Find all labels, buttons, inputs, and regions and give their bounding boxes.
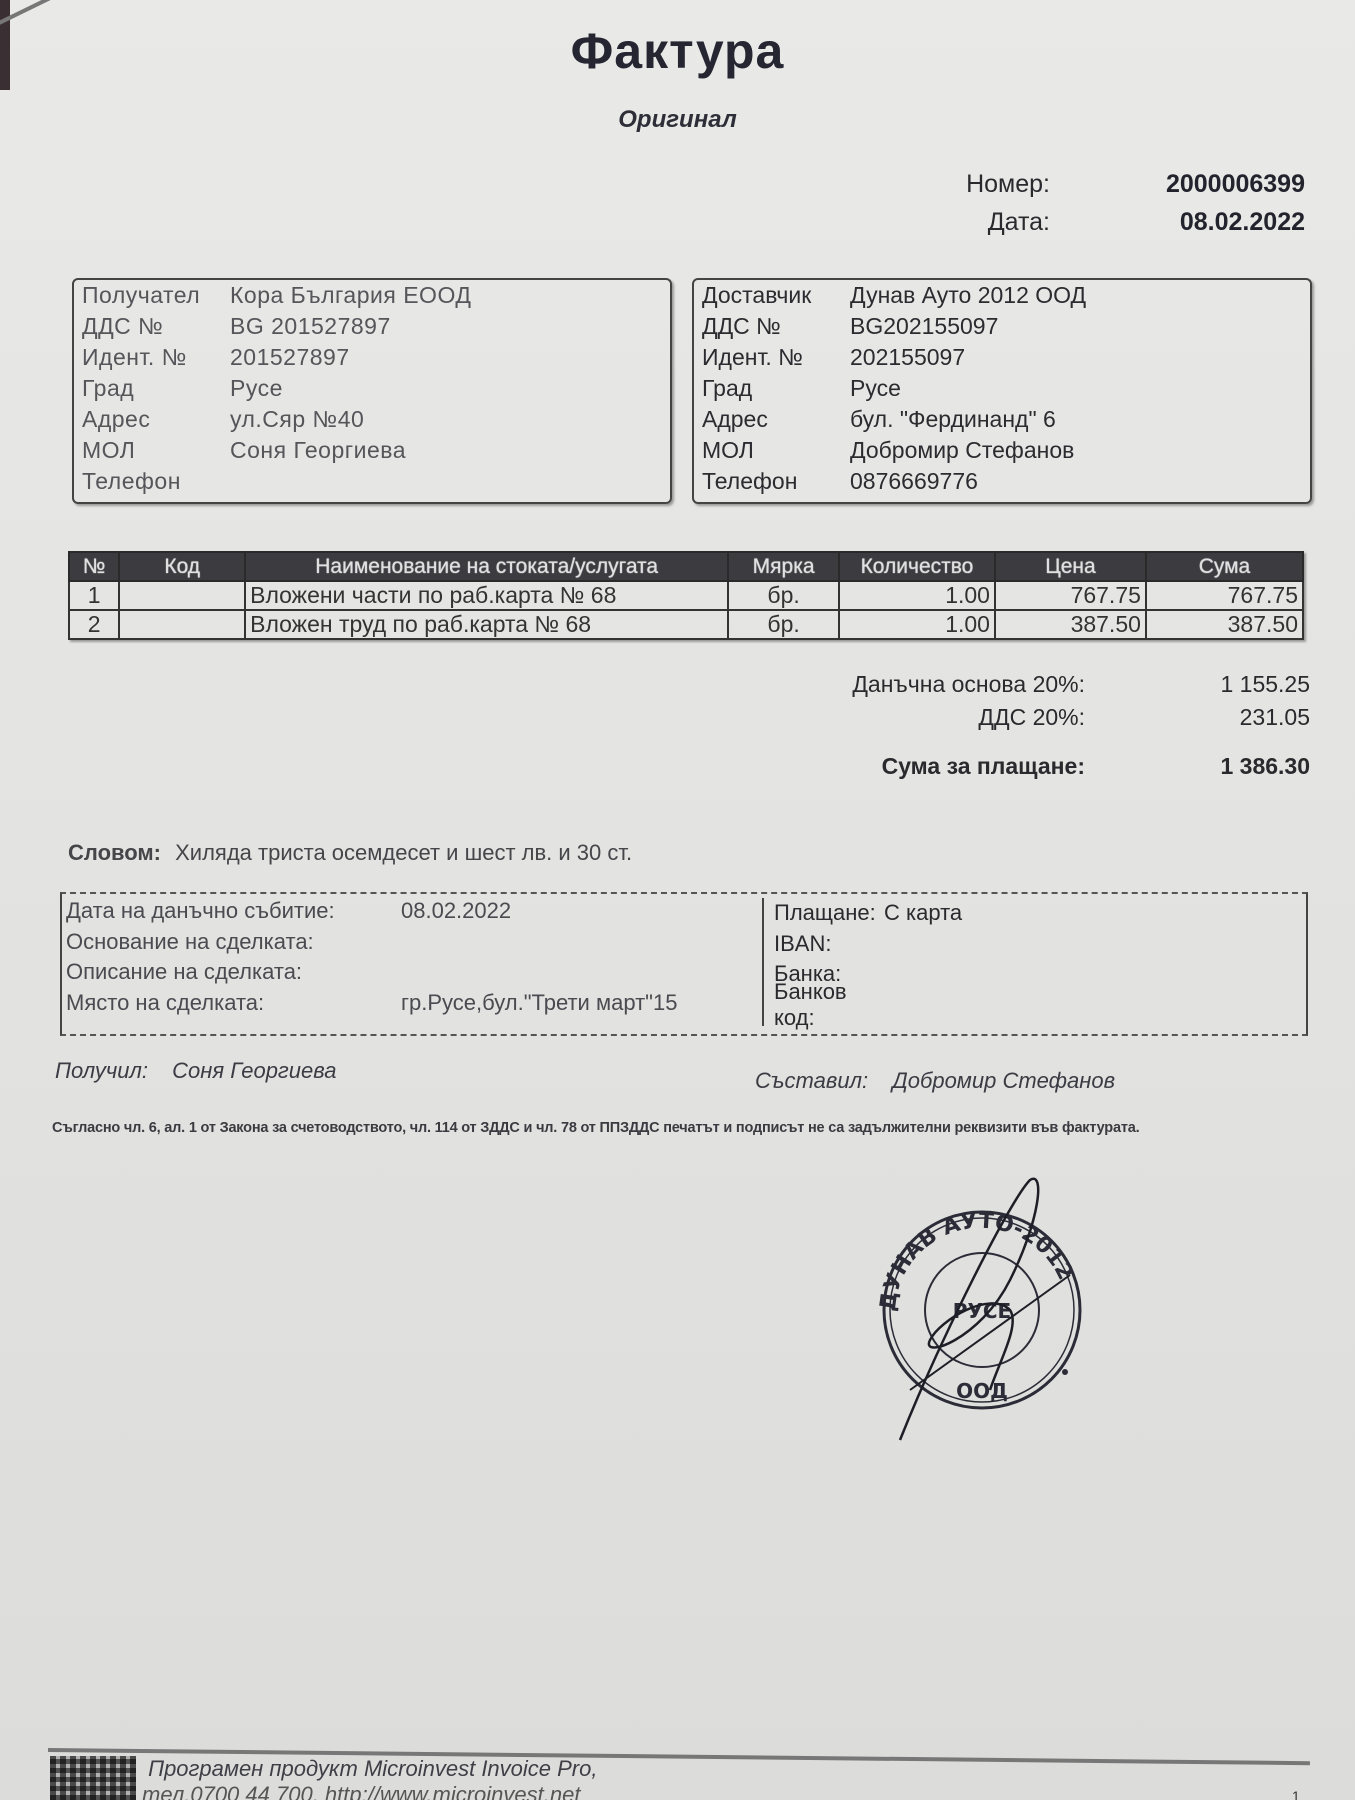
- payment-row: IBAN:: [774, 929, 962, 960]
- received-by-label: Получил:: [55, 1058, 148, 1083]
- recipient-label: МОЛ: [82, 437, 230, 464]
- supplier-row: ДоставчикДунав Ауто 2012 ООД: [702, 280, 1302, 311]
- recipient-value: BG 201527897: [230, 313, 391, 340]
- cell-qty: 1.00: [839, 610, 995, 639]
- deal-details-box: Дата на данъчно събитие:08.02.2022 Основ…: [60, 892, 1308, 1036]
- legal-note: Съгласно чл. 6, ал. 1 от Закона за счето…: [52, 1120, 1139, 1136]
- supplier-value: 202155097: [850, 344, 965, 371]
- supplier-row: Адресбул. "Фердинанд" 6: [702, 404, 1302, 435]
- tax-base-value: 1 155.25: [1085, 671, 1310, 698]
- page-number: 1: [1292, 1788, 1300, 1800]
- cell-unit: бр.: [728, 581, 839, 610]
- cell-code: [119, 581, 245, 610]
- supplier-value: 0876669776: [850, 468, 978, 495]
- recipient-box: ПолучателКора България ЕООД ДДС №BG 2015…: [72, 278, 672, 504]
- col-header-name: Наименование на стоката/услугата: [245, 552, 728, 581]
- recipient-value: ул.Сяр №40: [230, 406, 364, 433]
- cell-sum: 767.75: [1146, 581, 1303, 610]
- deal-label: Основание на сделката:: [66, 929, 401, 955]
- recipient-value: 201527897: [230, 344, 350, 371]
- cell-no: 2: [69, 610, 119, 639]
- payment-row: Банков код:: [774, 990, 962, 1021]
- deal-label: Място на сделката:: [66, 990, 401, 1016]
- tax-base-label: Данъчна основа 20%:: [820, 671, 1085, 698]
- invoice-date-label: Дата:: [940, 208, 1050, 246]
- recipient-row: Идент. №201527897: [82, 342, 662, 373]
- recipient-value: Кора България ЕООД: [230, 282, 471, 309]
- vat-value: 231.05: [1085, 704, 1310, 731]
- supplier-label: МОЛ: [702, 437, 850, 464]
- payment-label: IBAN:: [774, 931, 884, 957]
- footer-software: Програмен продукт Microinvest Invoice Pr…: [148, 1756, 597, 1781]
- recipient-label: Адрес: [82, 406, 230, 433]
- footer-contact: тел.0700 44 700, http://www.microinvest.…: [142, 1782, 580, 1800]
- recipient-row: Адресул.Сяр №40: [82, 404, 662, 435]
- amount-in-words-label: Словом:: [68, 840, 161, 865]
- company-stamp-icon: ДУНАВ АУТО-2012 ООД РУСЕ: [860, 1160, 1100, 1450]
- total-row: Сума за плащане: 1 386.30: [820, 750, 1310, 783]
- items-table: № Код Наименование на стоката/услугата М…: [68, 551, 1304, 640]
- deal-row: Дата на данъчно събитие:08.02.2022: [66, 896, 766, 927]
- deal-value: гр.Русе,бул."Трети март"15: [401, 990, 677, 1016]
- recipient-row: ГрадРусе: [82, 373, 662, 404]
- table-row: 2 Вложен труд по раб.карта № 68 бр. 1.00…: [69, 610, 1303, 639]
- col-header-unit: Мярка: [728, 552, 839, 581]
- supplier-label: Идент. №: [702, 344, 850, 371]
- recipient-label: Град: [82, 375, 230, 402]
- deal-row: Място на сделката:гр.Русе,бул."Трети мар…: [66, 988, 766, 1019]
- supplier-label: ДДС №: [702, 313, 850, 340]
- supplier-row: МОЛДобромир Стефанов: [702, 435, 1302, 466]
- total-value: 1 386.30: [1085, 753, 1310, 780]
- cell-qty: 1.00: [839, 581, 995, 610]
- supplier-row: ГрадРусе: [702, 373, 1302, 404]
- recipient-row: ПолучателКора България ЕООД: [82, 280, 662, 311]
- invoice-meta: Номер: 2000006399 Дата: 08.02.2022: [940, 170, 1305, 246]
- supplier-value: Русе: [850, 375, 901, 402]
- payment-label: Плащане:: [774, 900, 884, 926]
- cell-name: Вложен труд по раб.карта № 68: [245, 610, 728, 639]
- recipient-row: МОЛСоня Георгиева: [82, 435, 662, 466]
- cell-price: 387.50: [995, 610, 1146, 639]
- total-label: Сума за плащане:: [820, 753, 1085, 780]
- col-header-qty: Количество: [839, 552, 995, 581]
- vat-row: ДДС 20%: 231.05: [820, 701, 1310, 734]
- recipient-label: Получател: [82, 282, 230, 309]
- compiled-by-label: Съставил:: [755, 1068, 868, 1093]
- deal-details-left: Дата на данъчно събитие:08.02.2022 Основ…: [66, 896, 766, 1018]
- payment-value: С карта: [884, 900, 962, 926]
- supplier-value: бул. "Фердинанд" 6: [850, 406, 1056, 433]
- invoice-number-row: Номер: 2000006399: [940, 170, 1305, 208]
- supplier-label: Град: [702, 375, 850, 402]
- items-header-row: № Код Наименование на стоката/услугата М…: [69, 552, 1303, 581]
- cell-sum: 387.50: [1146, 610, 1303, 639]
- col-header-price: Цена: [995, 552, 1146, 581]
- recipient-row: Телефон: [82, 466, 662, 497]
- supplier-value: BG202155097: [850, 313, 998, 340]
- supplier-label: Телефон: [702, 468, 850, 495]
- amount-in-words-value: Хиляда триста осемдесет и шест лв. и 30 …: [175, 840, 632, 865]
- recipient-label: Телефон: [82, 468, 230, 495]
- col-header-sum: Сума: [1146, 552, 1303, 581]
- supplier-value: Дунав Ауто 2012 ООД: [850, 282, 1086, 309]
- supplier-row: ДДС №BG202155097: [702, 311, 1302, 342]
- recipient-value: Соня Георгиева: [230, 437, 406, 464]
- supplier-box: ДоставчикДунав Ауто 2012 ООД ДДС №BG2021…: [692, 278, 1312, 504]
- supplier-label: Адрес: [702, 406, 850, 433]
- svg-text:ООД: ООД: [956, 1379, 1008, 1403]
- col-header-code: Код: [119, 552, 245, 581]
- col-header-no: №: [69, 552, 119, 581]
- document-subtitle: Оригинал: [0, 106, 1355, 134]
- recipient-label: Идент. №: [82, 344, 230, 371]
- amount-in-words: Словом: Хиляда триста осемдесет и шест л…: [68, 840, 632, 866]
- deal-row: Описание на сделката:: [66, 957, 766, 988]
- recipient-row: ДДС №BG 201527897: [82, 311, 662, 342]
- received-by: Получил: Соня Георгиева: [55, 1058, 336, 1084]
- supplier-row: Идент. №202155097: [702, 342, 1302, 373]
- totals-block: Данъчна основа 20%: 1 155.25 ДДС 20%: 23…: [820, 668, 1310, 783]
- svg-text:ДУНАВ АУТО-2012: ДУНАВ АУТО-2012: [876, 1209, 1078, 1313]
- footer: Програмен продукт Microinvest Invoice Pr…: [50, 1756, 597, 1800]
- payment-label: Банков код:: [774, 979, 884, 1031]
- compiled-by: Съставил: Добромир Стефанов: [755, 1068, 1115, 1094]
- cell-no: 1: [69, 581, 119, 610]
- recipient-label: ДДС №: [82, 313, 230, 340]
- supplier-label: Доставчик: [702, 282, 850, 309]
- cell-unit: бр.: [728, 610, 839, 639]
- invoice-date-row: Дата: 08.02.2022: [940, 208, 1305, 246]
- deal-label: Описание на сделката:: [66, 959, 401, 985]
- deal-row: Основание на сделката:: [66, 927, 766, 958]
- supplier-value: Добромир Стефанов: [850, 437, 1074, 464]
- payment-row: Плащане:С карта: [774, 898, 962, 929]
- deal-value: 08.02.2022: [401, 898, 511, 924]
- invoice-number-label: Номер:: [940, 170, 1050, 208]
- document-title: Фактура: [0, 22, 1355, 80]
- recipient-value: Русе: [230, 375, 283, 402]
- cell-name: Вложени части по раб.карта № 68: [245, 581, 728, 610]
- invoice-number: 2000006399: [1166, 170, 1305, 208]
- supplier-row: Телефон0876669776: [702, 466, 1302, 497]
- payment-details: Плащане:С карта IBAN: Банка: Банков код:: [762, 898, 962, 1026]
- qr-code-icon: [50, 1756, 136, 1800]
- invoice-date: 08.02.2022: [1180, 208, 1305, 246]
- table-row: 1 Вложени части по раб.карта № 68 бр. 1.…: [69, 581, 1303, 610]
- compiled-by-name: Добромир Стефанов: [892, 1068, 1115, 1093]
- received-by-name: Соня Георгиева: [172, 1058, 336, 1083]
- vat-label: ДДС 20%:: [820, 704, 1085, 731]
- tax-base-row: Данъчна основа 20%: 1 155.25: [820, 668, 1310, 701]
- cell-code: [119, 610, 245, 639]
- cell-price: 767.75: [995, 581, 1146, 610]
- deal-label: Дата на данъчно събитие:: [66, 898, 401, 924]
